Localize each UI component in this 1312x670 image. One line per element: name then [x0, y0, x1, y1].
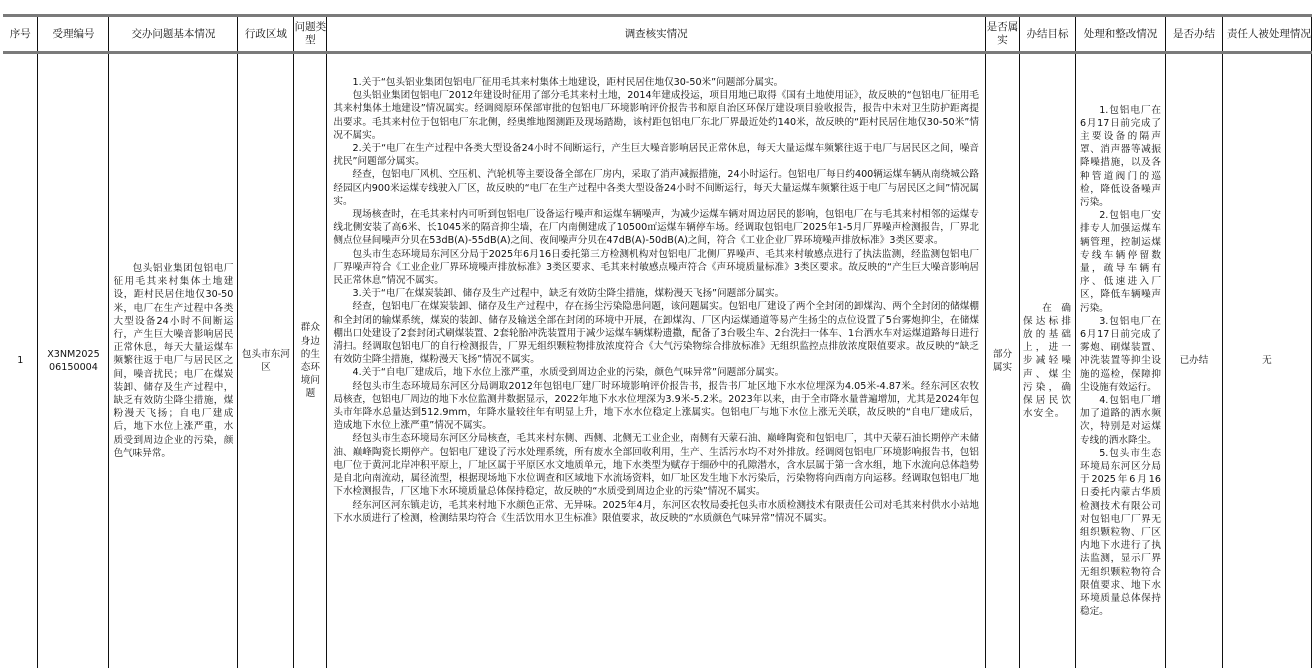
investigation-paragraph: 经东河区河东镇走访，毛其来村地下水颜色正常、无异味。2025年4月，东河区农牧局… — [333, 499, 979, 525]
header-accountability: 责任人被处理情况 — [1222, 16, 1311, 53]
rectification-item: 1.包铝电厂在6月17日前完成了主要设备的隔声罩、消声器等减振降噪措施，以及各种… — [1080, 104, 1161, 210]
cell-goal: 在确保达标排放的基础上，进一步减轻噪声、煤尘污染，确保居民饮水安全。 — [1020, 53, 1076, 669]
goal-text: 在确保达标排放的基础上，进一步减轻噪声、煤尘污染，确保居民饮水安全。 — [1023, 302, 1072, 421]
header-region: 行政区域 — [238, 16, 294, 53]
header-case-no: 受理编号 — [38, 16, 109, 53]
investigation-paragraph: 2.关于“电厂在生产过程中各类大型设备24小时不间断运行，产生巨大噪音影响居民正… — [333, 142, 979, 168]
cell-closed: 已办结 — [1165, 53, 1222, 669]
cell-verified: 部分属实 — [986, 53, 1020, 669]
header-verified: 是否属实 — [986, 16, 1020, 53]
case-table: 序号 受理编号 交办问题基本情况 行政区域 问题类型 调查核实情况 是否属实 办… — [3, 14, 1312, 668]
header-issue: 交办问题基本情况 — [109, 16, 238, 53]
investigation-paragraph: 经查，包铝电厂风机、空压机、汽轮机等主要设备全部在厂房内，采取了消声减振措施，2… — [333, 168, 979, 208]
rectification-item: 5.包头市生态环境局东河区分局于2025年6月16日委托内蒙古华质检测技术有限公… — [1080, 447, 1161, 619]
cell-case-no: X3NM2025 06150004 — [38, 53, 109, 669]
cell-rectification: 1.包铝电厂在6月17日前完成了主要设备的隔声罩、消声器等减振降噪措施，以及各种… — [1076, 53, 1166, 669]
investigation-paragraph: 3.关于“电厂在煤炭装卸、储存及生产过程中，缺乏有效防尘降尘措施，煤粉漫天飞扬”… — [333, 287, 979, 300]
investigation-body: 1.关于“包头铝业集团包铝电厂征用毛其来村集体土地建设，距村民居住地仅30-50… — [327, 54, 985, 668]
cell-accountability: 无 — [1222, 53, 1311, 669]
header-row: 序号 受理编号 交办问题基本情况 行政区域 问题类型 调查核实情况 是否属实 办… — [3, 16, 1312, 53]
cell-type: 群众身边的生态环境问题 — [294, 53, 327, 669]
header-type: 问题类型 — [294, 16, 327, 53]
table-row: 1 X3NM2025 06150004 包头铝业集团包铝电厂征用毛其来村集体土地… — [3, 53, 1312, 669]
case-no-line1: X3NM2025 — [38, 348, 108, 361]
issue-text: 包头铝业集团包铝电厂征用毛其来村集体土地建设，距村民居住地仅30-50米，电厂在… — [113, 262, 233, 460]
header-closed: 是否办结 — [1165, 16, 1222, 53]
investigation-paragraph: 经包头市生态环境局东河区分局核查，毛其来村东侧、西侧、北侧无工业企业，南侧有天蒙… — [333, 432, 979, 498]
cell-region: 包头市东河区 — [238, 53, 294, 669]
header-rectification: 处理和整改情况 — [1076, 16, 1166, 53]
cell-investigation: 1.关于“包头铝业集团包铝电厂征用毛其来村集体土地建设，距村民居住地仅30-50… — [327, 53, 986, 669]
rectification-body: 1.包铝电厂在6月17日前完成了主要设备的隔声罩、消声器等减振降噪措施，以及各种… — [1076, 104, 1165, 619]
investigation-paragraph: 现场核查时，在毛其来村内可听到包铝电厂设备运行噪声和运煤车辆噪声，为减少运煤车辆… — [333, 208, 979, 248]
header-goal: 办结目标 — [1020, 16, 1076, 53]
investigation-paragraph: 经包头市生态环境局东河区分局调取2012年包铝电厂建厂时环境影响评价报告书，报告… — [333, 380, 979, 433]
investigation-paragraph: 包头铝业集团包铝电厂2012年建设时征用了部分毛其来村土地，2014年建成投运，… — [333, 89, 979, 142]
rectification-item: 4.包铝电厂增加了道路的洒水频次，特别是对运煤专线的洒水降尘。 — [1080, 394, 1161, 447]
cell-issue: 包头铝业集团包铝电厂征用毛其来村集体土地建设，距村民居住地仅30-50米，电厂在… — [109, 53, 238, 669]
investigation-paragraph: 4.关于“自电厂建成后，地下水位上涨严重，水质受到周边企业的污染，颜色气味异常”… — [333, 366, 979, 379]
investigation-paragraph: 1.关于“包头铝业集团包铝电厂征用毛其来村集体土地建设，距村民居住地仅30-50… — [333, 76, 979, 89]
investigation-paragraph: 经查，包铝电厂在煤炭装卸、储存及生产过程中，存在扬尘污染隐患问题，该问题属实。包… — [333, 300, 979, 366]
header-seq: 序号 — [3, 16, 38, 53]
rectification-item: 3.包铝电厂在6月17日前完成了雾炮、刷煤装置、冲洗装置等抑尘设施的巡检，保障抑… — [1080, 315, 1161, 394]
cell-seq: 1 — [3, 53, 38, 669]
header-investigation: 调查核实情况 — [327, 16, 986, 53]
investigation-paragraph: 包头市生态环境局东河区分局于2025年6月16日委托第三方检测机构对包铝电厂北侧… — [333, 248, 979, 288]
rectification-item: 2.包铝电厂安排专人加强运煤车辆管理，控制运煤专线车辆停留数量，疏导车辆有序、低… — [1080, 209, 1161, 315]
case-no-line2: 06150004 — [38, 361, 108, 374]
